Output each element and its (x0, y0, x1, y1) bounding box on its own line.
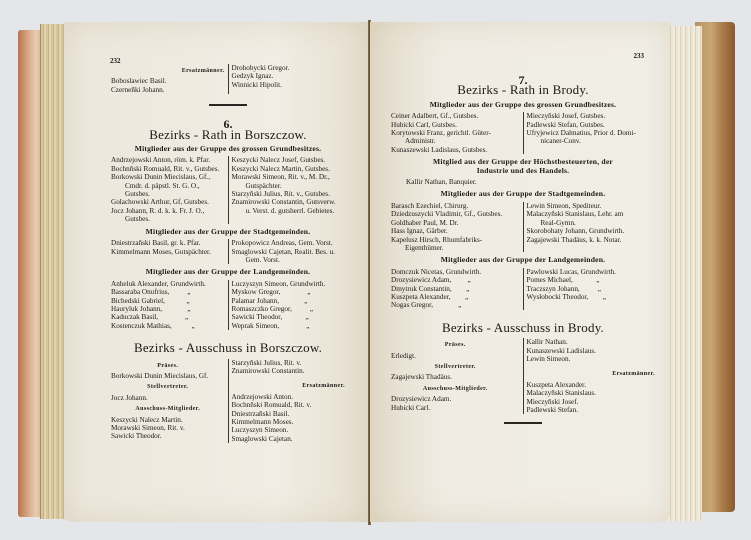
member-entry: Starzyñski Julius, Rit. v., Gutsbes. (232, 190, 346, 198)
entry: Kallir Nathan, Banquier. (388, 178, 658, 186)
praeses-label: Präses. (111, 362, 225, 370)
member-entry: Keszycki Nalecz Josef, Gutsbes. (232, 156, 346, 164)
entry: Dniestrzañski Basil. (232, 410, 346, 418)
entry: Winnicki Hipolit. (232, 81, 346, 89)
entry: Erledigt. (391, 352, 520, 360)
member-entry: Bochnñski Romuald, Rit. v., Gutsbes. (111, 165, 225, 173)
member-entry: Traczszyn Johann, „ (527, 285, 656, 293)
committee-title: Bezirks - Ausschuss in Borszczow. (108, 344, 348, 352)
member-entry: Prokopowicz Andreas, Gem. Vorst. (232, 239, 346, 247)
entry: Mieczyñski Josef. (527, 398, 656, 406)
entry: Gedzyk Ignaz. (232, 72, 346, 80)
member-columns: Ceiner Adalbert, Gf., Gutsbes.Hubicki Ca… (388, 112, 658, 154)
member-entry: Kuszpeta Alexander, „ (391, 293, 520, 301)
member-entry: Wysłobocki Theodor, „ (527, 293, 656, 301)
member-entry: Ufryjewicz Dalmatius, Prior d. Domi- (527, 129, 656, 137)
entry: Czerneñki Johann. (111, 86, 225, 94)
member-columns: Domczuk Nicetas, Grundwirth.Drozysiewicz… (388, 268, 658, 310)
entry: Andrzejowski Anton. (232, 393, 346, 401)
group-heading: Mitglieder aus der Gruppe der Stadtgemei… (108, 228, 348, 236)
member-entry: Gutsbes. (111, 215, 225, 223)
member-entry: Real-Gymn. (527, 219, 656, 227)
member-entry: Domczuk Nicetas, Grundwirth. (391, 268, 520, 276)
member-column-left: Barasch Ezechiel, Chirurg.Dziedzuszycki … (388, 202, 523, 252)
committee-title: Bezirks - Ausschuss in Brody. (388, 324, 658, 332)
top-continuation: Ersatzmänner. Boboslawiec Basil. Czerneñ… (108, 64, 348, 94)
member-entry: Bassaraba Onufrius, „ (111, 288, 225, 296)
member-entry: Kunaszewski Ladislaus, Gutsbes. (391, 146, 520, 154)
member-entry: Andrzejowski Anton, röm. k. Pfar. (111, 156, 225, 164)
member-entry: Morawski Simeon, Rit. v., M. Dr., (232, 173, 346, 181)
divider-rule (209, 104, 247, 106)
member-entry: Kaduczak Basil, „ (111, 313, 225, 321)
member-columns: Andrzejowski Anton, röm. k. Pfar.Bochnñs… (108, 156, 348, 223)
members-label: Ausschuss-Mitglieder. (111, 405, 225, 413)
entry: Padlewski Stefan. (527, 406, 656, 414)
member-entry: Korytowski Franz, gerichtl. Güter- (391, 129, 520, 137)
entry: Drozysiewicz Adam. (391, 395, 520, 403)
committee: Präses. Borkowski Dunin Miecislaus, Gf. … (108, 359, 348, 444)
member-entry: Anheluk Alexander, Grundwirth. (111, 280, 225, 288)
entry: Drohobycki Gregor. (232, 64, 346, 72)
entry: Kimmelmann Moses. (232, 418, 346, 426)
member-entry: Gutspächter. (232, 182, 346, 190)
entry: Boboslawiec Basil. (111, 77, 225, 85)
member-column-right: Pawlowski Lucas, Grundwirth.Pomes Michae… (523, 268, 659, 310)
group-heading: Mitglieder aus der Gruppe der Landgemein… (388, 256, 658, 264)
member-entry: Ceiner Adalbert, Gf., Gutsbes. (391, 112, 520, 120)
member-entry: u. Verst. d. gutsherrl. Gebietes. (232, 207, 346, 215)
entry: Keszycki Nalecz Martin. (111, 416, 225, 424)
members-label: Ausschuss-Mitglieder. (391, 385, 520, 393)
member-entry: Barasch Ezechiel, Chirurg. (391, 202, 520, 210)
entry: Kunaszewski Ladislaus. (527, 347, 656, 355)
section-subheading: Ersatzmänner. (111, 67, 225, 75)
deputy-label: Stellvertreter. (111, 383, 225, 391)
deputy-label: Stellvertreter. (391, 363, 520, 371)
entry: Smaglowski Cajetan. (232, 435, 346, 443)
member-entry: Znamirowski Constantin, Gutsverw. (232, 198, 346, 206)
member-entry: Hauryluk Johann, „ (111, 305, 225, 313)
right-page: 233 7. Bezirks - Rath in Brody. Mitglied… (370, 22, 670, 522)
member-entry: Kostenczuk Mathias, „ (111, 322, 225, 330)
entry: Malaczyñski Stanislaus. (527, 389, 656, 397)
member-entry: Skorobohaty Johann, Grundwirth. (527, 227, 656, 235)
member-entry: Romaszczko Gregor, „ (232, 305, 346, 313)
member-entry: Golachowski Arthur, Gf, Gutsbes. (111, 198, 225, 206)
divider-rule (504, 422, 542, 424)
member-entry: Drozysiewicz Adam, „ (391, 276, 520, 284)
member-column-right: Mieczyñski Josef, Gutsbes.Padlewski Stef… (523, 112, 659, 154)
entry: Morawski Simeon, Rit. v. (111, 424, 225, 432)
member-entry: Pawlowski Lucas, Grundwirth. (527, 268, 656, 276)
member-entry: Gem. Vorst. (232, 256, 346, 264)
member-entry: Eigenthümer. (391, 244, 520, 252)
entry: Zagajewski Thadäus. (391, 373, 520, 381)
member-entry: Keszycki Nalecz Martin, Gutsbes. (232, 165, 346, 173)
member-entry: Kapelusz Hirsch, Rhumfabriks- (391, 236, 520, 244)
member-column-left: Anheluk Alexander, Grundwirth.Bassaraba … (108, 280, 228, 330)
member-column-right: Keszycki Nalecz Josef, Gutsbes.Keszycki … (228, 156, 349, 223)
left-page: 232 Ersatzmänner. Boboslawiec Basil. Cze… (64, 22, 370, 522)
member-column-left: Andrzejowski Anton, röm. k. Pfar.Bochnñs… (108, 156, 228, 223)
member-entry: Cmdr. d. päpstl. St. G. O., (111, 182, 225, 190)
member-groups: Mitglieder aus der Gruppe des grossen Gr… (388, 101, 658, 154)
section-title: Bezirks - Rath in Brody. (388, 86, 658, 94)
entry: Starzyñski Julius, Rit. v. (232, 359, 346, 367)
entry: Znamirowski Constantin. (232, 367, 346, 375)
member-entry: Palamar Johann, „ (232, 297, 346, 305)
entry: Kuszpeta Alexander. (527, 381, 656, 389)
group-heading: Mitglieder aus der Gruppe des grossen Gr… (108, 145, 348, 153)
open-book: 232 Ersatzmänner. Boboslawiec Basil. Cze… (0, 0, 751, 540)
member-entry: Sawicki Theodor, „ (232, 313, 346, 321)
member-entry: Goldhaber Paul, M. Dr. (391, 219, 520, 227)
member-columns: Dniestrzañski Basil, gr. k. Pfar.Kimmelm… (108, 239, 348, 264)
member-entry: Malaczyñski Stanislaus, Lehr. am (527, 210, 656, 218)
committee: Präses. Erledigt. Stellvertreter. Zagaje… (388, 338, 658, 414)
member-entry: Lewin Simeon, Spediteur. (527, 202, 656, 210)
member-column-left: Dniestrzañski Basil, gr. k. Pfar.Kimmelm… (108, 239, 228, 264)
member-entry: nicaner-Conv. (527, 137, 656, 145)
member-entry: Hass Ignaz, Gärber. (391, 227, 520, 235)
member-entry: Myskow Gregor, „ (232, 288, 346, 296)
member-entry: Nogas Gregor, „ (391, 301, 520, 309)
group-heading: Mitglieder aus der Gruppe der Landgemein… (108, 268, 348, 276)
member-column-right: Lewin Simeon, Spediteur.Malaczyñski Stan… (523, 202, 659, 252)
right-page-content: 7. Bezirks - Rath in Brody. Mitglieder a… (388, 50, 658, 438)
entry: Lewin Simeon. (527, 355, 656, 363)
substitutes-label: Ersatzmänner. (232, 382, 346, 390)
member-entry: Borkowski Dunin Miecislaus, Gf., (111, 173, 225, 181)
left-page-content: Ersatzmänner. Boboslawiec Basil. Czerneñ… (108, 56, 348, 443)
member-column-right: Luczyszyn Simeon, Grundwirth.Myskow Greg… (228, 280, 349, 330)
member-entry: Padlewski Stefan, Gutsbes. (527, 121, 656, 129)
member-entry: Dniestrzañski Basil, gr. k. Pfar. (111, 239, 225, 247)
member-entry: Jocz Johann, R. d. k. k. Fr. J. O., (111, 207, 225, 215)
praeses-label: Präses. (391, 341, 520, 349)
member-column-left: Ceiner Adalbert, Gf., Gutsbes.Hubicki Ca… (388, 112, 523, 154)
member-entry: Bichedski Gabriel, „ (111, 297, 225, 305)
member-entry: Administr. (391, 137, 520, 145)
member-columns: Anheluk Alexander, Grundwirth.Bassaraba … (108, 280, 348, 330)
member-entry: Mieczyñski Josef, Gutsbes. (527, 112, 656, 120)
entry: Sawicki Theodor. (111, 432, 225, 440)
substitutes-label: Ersatzmänner. (527, 370, 656, 378)
member-entry: Pomes Michael, „ (527, 276, 656, 284)
section-title: Bezirks - Rath in Borszczow. (108, 131, 348, 139)
member-entry: Luczyszyn Simeon, Grundwirth. (232, 280, 346, 288)
member-entry: Dmytruk Constantin, „ (391, 285, 520, 293)
member-columns: Barasch Ezechiel, Chirurg.Dziedzuszycki … (388, 202, 658, 252)
member-entry: Gutsbes. (111, 190, 225, 198)
entry: Borkowski Dunin Miecislaus, Gf. (111, 372, 225, 380)
entry: Hubicki Carl. (391, 404, 520, 412)
member-column-right: Prokopowicz Andreas, Gem. Vorst.Smaglows… (228, 239, 349, 264)
member-entry: Hubicki Carl, Gutsbes. (391, 121, 520, 129)
group-heading: Mitglieder aus der Gruppe des grossen Gr… (388, 101, 658, 109)
group-heading: Mitglieder aus der Gruppe der Stadtgemei… (388, 190, 658, 198)
entry: Jocz Johann. (111, 394, 225, 402)
group-heading: Industrie und des Handels. (388, 167, 658, 175)
entry: Luczyszyn Simeon. (232, 426, 346, 434)
member-entry: Dziedzuszycki Vladimir, Gf., Gutsbes. (391, 210, 520, 218)
page-edges-right (668, 26, 702, 521)
entry: Kallir Nathan. (527, 338, 656, 346)
member-entry: Kimmelmann Moses, Gutspächter. (111, 248, 225, 256)
member-entry: Zagajewski Thadäus, k. k. Notar. (527, 236, 656, 244)
member-entry: Weprak Simeon, „ (232, 322, 346, 330)
entry: Bochnñski Romuald, Rit. v. (232, 401, 346, 409)
member-entry: Smaglowski Cajetan, Realit. Bes. u. (232, 248, 346, 256)
member-groups: Mitglieder aus der Gruppe des grossen Gr… (108, 145, 348, 330)
member-groups: Mitglieder aus der Gruppe der Stadtgemei… (388, 190, 658, 309)
member-column-left: Domczuk Nicetas, Grundwirth.Drozysiewicz… (388, 268, 523, 310)
